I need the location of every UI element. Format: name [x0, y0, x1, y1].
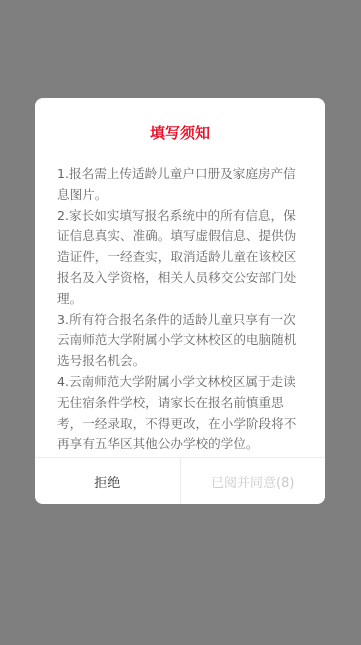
dialog-content: 1.报名需上传适龄儿童户口册及家庭房产信息图片。 2.家长如实填写报名系统中的所…: [57, 164, 307, 455]
dialog-footer: 拒绝 已阅并同意(8): [35, 457, 325, 504]
notice-item-1: 1.报名需上传适龄儿童户口册及家庭房产信息图片。: [57, 164, 307, 206]
reject-button[interactable]: 拒绝: [35, 458, 181, 504]
dialog-title: 填写须知: [35, 122, 325, 144]
notice-item-4: 4.云南师范大学附属小学文林校区属于走读无住宿条件学校，请家长在报名前慎重思考，…: [57, 372, 307, 455]
notice-item-2: 2.家长如实填写报名系统中的所有信息，保证信息真实、准确。填写虚假信息、提供伪造…: [57, 206, 307, 310]
notice-item-3: 3.所有符合报名条件的适龄儿童只享有一次云南师范大学附属小学文林校区的电脑随机选…: [57, 310, 307, 372]
notice-dialog: 填写须知 1.报名需上传适龄儿童户口册及家庭房产信息图片。 2.家长如实填写报名…: [35, 98, 325, 504]
agree-button[interactable]: 已阅并同意(8): [181, 458, 326, 504]
